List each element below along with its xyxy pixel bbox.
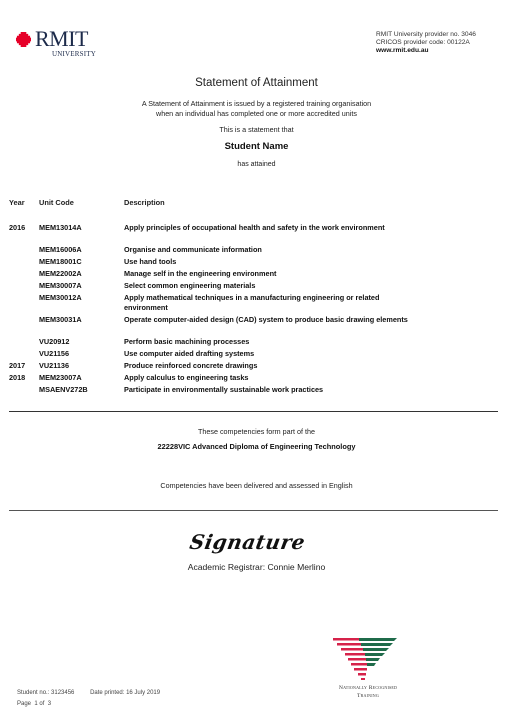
- page-number: Page 1 of 3: [17, 701, 51, 707]
- row-unit-code: MEM23007A: [39, 373, 82, 383]
- signature: Signature: [188, 530, 307, 554]
- row-description: Perform basic machining processes: [124, 337, 409, 347]
- column-header-unit-code: Unit Code: [39, 198, 74, 207]
- rmit-pixel-dot-icon: [16, 32, 31, 47]
- table-row: MEM30007A Select common engineering mate…: [0, 281, 513, 293]
- row-description: Organise and communicate information: [124, 245, 409, 255]
- row-year: 2018: [9, 373, 25, 383]
- intro-line: A Statement of Attainment is issued by a…: [0, 99, 513, 109]
- row-unit-code: MEM18001C: [39, 257, 82, 267]
- row-unit-code: VU21156: [39, 349, 69, 359]
- cricos-code: CRICOS provider code: 00122A: [376, 39, 476, 47]
- qualification-name: 22228VIC Advanced Diploma of Engineering…: [0, 442, 513, 451]
- row-unit-code: VU20912: [39, 337, 69, 347]
- table-row: 2018 MEM23007A Apply calculus to enginee…: [0, 373, 513, 385]
- nrt-label: Nationally Recognised Training: [318, 684, 418, 700]
- document-title: Statement of Attainment: [0, 77, 513, 89]
- row-unit-code: MEM30031A: [39, 315, 82, 325]
- nrt-line-1: Nationally Recognised: [318, 684, 418, 692]
- logo-subtitle: UNIVERSITY: [52, 50, 96, 58]
- row-unit-code: MEM22002A: [39, 269, 82, 279]
- row-unit-code: MSAENV272B: [39, 385, 88, 395]
- statement-prefix: This is a statement that: [0, 125, 513, 134]
- table-row: MSAENV272B Participate in environmentall…: [0, 385, 513, 397]
- row-description: Apply calculus to engineering tasks: [124, 373, 409, 383]
- table-row: MEM16006A Organise and communicate infor…: [0, 245, 513, 257]
- row-unit-code: MEM30007A: [39, 281, 82, 291]
- row-description: Participate in environmentally sustainab…: [124, 385, 409, 395]
- column-header-year: Year: [9, 198, 25, 207]
- provider-info: RMIT University provider no. 3046 CRICOS…: [376, 31, 476, 55]
- nrt-line-2: Training: [318, 692, 418, 700]
- logo-wordmark: RMIT: [35, 27, 88, 51]
- table-row: 2016 MEM13014A Apply principles of occup…: [0, 223, 513, 245]
- row-year: 2017: [9, 361, 25, 371]
- row-description: Manage self in the engineering environme…: [124, 269, 409, 279]
- divider: [9, 510, 498, 511]
- row-year: 2016: [9, 223, 25, 233]
- website-link[interactable]: www.rmit.edu.au: [376, 47, 476, 55]
- row-unit-code: MEM16006A: [39, 245, 82, 255]
- row-description: Select common engineering materials: [124, 281, 409, 291]
- column-header-description: Description: [124, 198, 165, 207]
- units-table: 2016 MEM13014A Apply principles of occup…: [0, 223, 513, 397]
- row-description: Use computer aided drafting systems: [124, 349, 409, 359]
- row-unit-code: MEM30012A: [39, 293, 82, 303]
- row-description: Operate computer-aided design (CAD) syst…: [124, 315, 409, 325]
- table-row: MEM22002A Manage self in the engineering…: [0, 269, 513, 281]
- registrar-name: Academic Registrar: Connie Merlino: [0, 562, 513, 572]
- provider-number: RMIT University provider no. 3046: [376, 31, 476, 39]
- table-row: VU20912 Perform basic machining processe…: [0, 337, 513, 349]
- table-row: MEM30012A Apply mathematical techniques …: [0, 293, 513, 315]
- divider: [9, 411, 498, 412]
- row-description: Use hand tools: [124, 257, 409, 267]
- table-row: MEM30031A Operate computer-aided design …: [0, 315, 513, 337]
- intro-text: A Statement of Attainment is issued by a…: [0, 99, 513, 119]
- qualification-prefix: These competencies form part of the: [0, 427, 513, 436]
- row-description: Apply principles of occupational health …: [124, 223, 409, 233]
- attained-label: has attained: [0, 161, 513, 168]
- row-description: Apply mathematical techniques in a manuf…: [124, 293, 409, 313]
- table-row: MEM18001C Use hand tools: [0, 257, 513, 269]
- language-note: Competencies have been delivered and ass…: [0, 481, 513, 490]
- table-row: 2017 VU21136 Produce reinforced concrete…: [0, 361, 513, 373]
- row-description: Produce reinforced concrete drawings: [124, 361, 409, 371]
- footer-info: Student no.: 3123456 Date printed: 16 Ju…: [17, 690, 160, 696]
- rmit-logo: RMIT UNIVERSITY: [16, 28, 106, 58]
- student-name: Student Name: [0, 141, 513, 152]
- row-unit-code: MEM13014A: [39, 223, 82, 233]
- date-printed: Date printed: 16 July 2019: [90, 690, 160, 696]
- intro-line: when an individual has completed one or …: [0, 109, 513, 119]
- nationally-recognised-training-icon: [333, 638, 397, 680]
- table-row: VU21156 Use computer aided drafting syst…: [0, 349, 513, 361]
- row-unit-code: VU21136: [39, 361, 69, 371]
- student-number: Student no.: 3123456: [17, 690, 74, 696]
